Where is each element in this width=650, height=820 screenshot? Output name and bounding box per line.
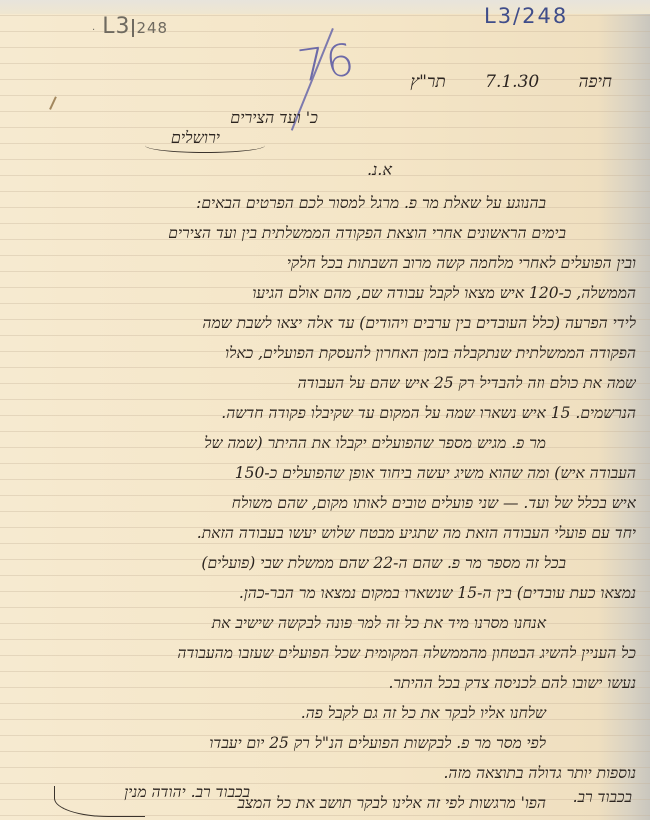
- letter-body: בהנוגע על שאלת מר פ. מרגל למסור לכם הפרט…: [16, 188, 636, 818]
- body-line: העבודה איש) ומה שהוא משיג יעשה ביחוד אופ…: [16, 458, 636, 488]
- letter-page: ·L3248 L3/248 76 חיפה 7.1.30 תר"ץ כ' ועד…: [0, 0, 650, 820]
- archive-reference-stamp: ·L3248: [92, 14, 168, 39]
- body-line: הנרשמים. 15 איש נשארו שמה על המקום עד שק…: [16, 398, 636, 428]
- body-line: איש בכלל של ועד. — שני פועלים טובים לאות…: [16, 488, 636, 518]
- body-line: לידי הפרעה (כלל העובדים בין ערבים ויהודי…: [16, 308, 636, 338]
- body-line: כל העניין להשיג הבטחון מהממשלה המקומית ש…: [16, 638, 636, 668]
- pencil-tick: [49, 96, 56, 109]
- archive-ref-sub: 248: [132, 19, 168, 37]
- body-line: הממשלה, כ-120 איש מצאו לקבל עבודה שם, מה…: [16, 278, 636, 308]
- body-line: נוספות יותר גדולה בתוצאה מזה.: [16, 758, 636, 788]
- body-line: אנחנו מסרנו מיד את כל זה למר פונה לבקשה …: [16, 608, 636, 638]
- body-line: שלחנו אליו לבקר את כל זה גם לקבל פה.: [16, 698, 636, 728]
- body-line: נעשו ישובו להם לכניסה צדק בכל ההיתר.: [16, 668, 636, 698]
- place-date-line: חיפה 7.1.30 תר"ץ: [410, 72, 612, 92]
- body-line: נמצאו כעת עובדים) בין ה-15 שנשארו במקום …: [16, 578, 636, 608]
- archive-ref-main: L3: [102, 14, 130, 39]
- ink-dot: ·: [92, 25, 96, 36]
- closing-line: בכבוד רב.: [573, 788, 632, 807]
- salutation: א.נ.: [367, 160, 392, 180]
- archive-reference-blue: L3/248: [484, 4, 568, 28]
- body-line: בימים הראשונים אחרי הוצאת הפקודה הממשלתי…: [16, 218, 636, 248]
- body-line: לפי מסר מר פ. לבקשות הפועלים הנ"ל רק 25 …: [16, 728, 636, 758]
- body-line: ובין הפועלים לאחרי מלחמה קשה מרוב השבתות…: [16, 248, 636, 278]
- body-line: יחד עם פועלי העבודה הזאת מה שתגיע מבטח ש…: [16, 518, 636, 548]
- body-line: שמה את כולם וזה להבדיל רק 25 איש שהם על …: [16, 368, 636, 398]
- addressee-underline: [145, 138, 265, 153]
- body-line: הפקודה הממשלתית שנתקבלה בזמן האחרון להעס…: [16, 338, 636, 368]
- addressee-line-1: כ' ועד הצירים: [230, 108, 318, 128]
- body-line: בהנוגע על שאלת מר פ. מרגל למסור לכם הפרט…: [16, 188, 636, 218]
- body-line: בכל זה מספר מר פ. שהם ה-22 שהם ממשלת שבי…: [16, 548, 636, 578]
- body-line: מר פ. מגיש מספר שהפועלים יקבלו את ההיתר …: [16, 428, 636, 458]
